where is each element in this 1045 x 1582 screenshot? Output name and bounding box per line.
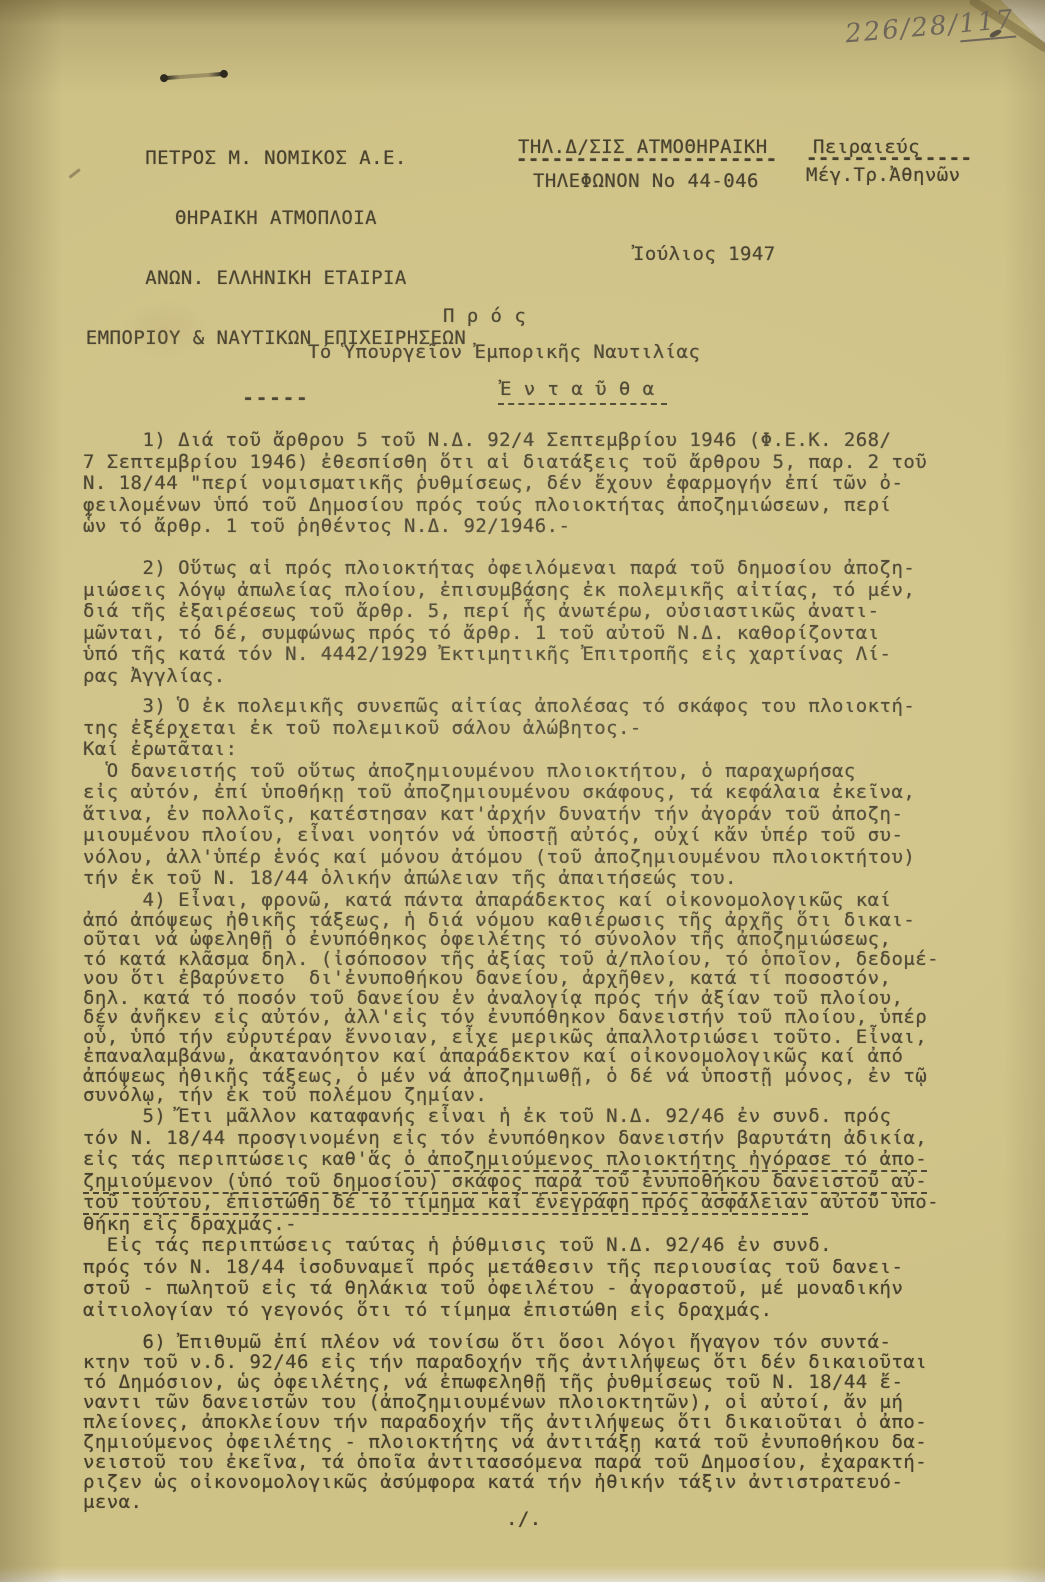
text-line: ζημιούμενος ὀφειλέτης - πλοιοκτήτης νά ἀ… [83, 1432, 993, 1452]
office-location: Μέγ.Τρ.Ἀθηνῶν [806, 164, 961, 186]
paragraph-4: 4) Εἶναι, φρονῶ, κατά πάντα ἀπαράδεκτος … [83, 891, 993, 1106]
ink-mark-small [69, 168, 81, 178]
text-segment: συνόλῳ, τήν ἐκ τοῦ πολέμου ζημίαν. [83, 1084, 487, 1106]
text-segment: τόν Ν. 18/44 προσγινομένη εἰς τόν ἐνυπόθ… [83, 1127, 927, 1149]
text-line: πλείονες, ἀποκλείουν τήν παραδοχήν τῆς ἀ… [83, 1412, 993, 1432]
letter-date: Ἰούλιος 1947 [633, 243, 776, 265]
text-segment: ριζεν ὡς οἰκονομολογικῶς ἀσύμφορα κατά τ… [83, 1471, 903, 1493]
handwritten-reference: 226/28/117 [844, 5, 1016, 50]
underlined-text-segment: ζημιούμενον (ὑπό τοῦ δημοσίου) σκάφος πα… [83, 1170, 927, 1194]
text-segment: της ἐξέρχεται ἐκ τοῦ πολεμικοῦ σάλου ἀλώ… [83, 717, 642, 739]
text-line: τό Δημόσιον, ὡς ὀφειλέτης, νά ἐπωφεληθῇ … [83, 1372, 993, 1392]
text-line: μιουμένου πλοίου, εἶναι νοητόν νά ὑποστῇ… [83, 825, 993, 847]
text-segment: κτην τοῦ ν.δ. 92/46 εἰς τήν παραδοχήν τῆ… [83, 1351, 927, 1373]
text-line: ἅτινα, ἐν πολλοῖς, κατέστησαν κατ'ἀρχήν … [83, 804, 993, 826]
text-line: ριζεν ὡς οἰκονομολογικῶς ἀσύμφορα κατά τ… [83, 1472, 993, 1492]
text-segment: ὧν τό ἄρθρ. 1 τοῦ ῥηθέντος Ν.Δ. 92/1946.… [83, 515, 570, 537]
text-line: 3) Ὁ ἐκ πολεμικῆς συνεπῶς αἰτίας ἀπολέσα… [83, 696, 993, 718]
text-line: τόν Ν. 18/44 προσγινομένη εἰς τόν ἐνυπόθ… [83, 1128, 993, 1150]
text-segment: στοῦ - πωλητοῦ εἰς τά θηλάκια τοῦ ὀφειλέ… [83, 1277, 903, 1299]
place-line: Ἐ ν τ α ῦ θ α [498, 378, 667, 400]
salutation: Π ρ ό ς [443, 305, 526, 327]
text-segment: πρός τόν Ν. 18/44 ἰσοδυναμεῖ πρός μετάθε… [83, 1256, 903, 1278]
company-name: ΠΕΤΡΟΣ Μ. ΝΟΜΙΚΟΣ Α.Ε. [80, 148, 472, 168]
paragraph-5: 5) Ἔτι μᾶλλον καταφανής εἶναι ἡ ἐκ τοῦ Ν… [83, 1106, 993, 1321]
text-line: Ὁ δανειστής τοῦ οὕτως ἀποζημιουμένου πλο… [83, 761, 993, 783]
text-line: νόλου, ἀλλ'ὑπέρ ἑνός καί μόνου ἀτόμου (τ… [83, 847, 993, 869]
text-line: συνόλῳ, τήν ἐκ τοῦ πολέμου ζημίαν. [83, 1086, 993, 1106]
underlined-text-segment: τοῦ τούτου, ἐπιστώθη δέ τό τίμημα καί ἐν… [83, 1191, 808, 1215]
text-segment: ζημιούμενος ὀφειλέτης - πλοιοκτήτης νά ἀ… [83, 1431, 927, 1453]
text-segment: ναντι τῶν δανειστῶν του (ἀποζημιουμένων … [83, 1391, 903, 1413]
telephone-label: ΤΗΛΕΦΩΝΟΝ Νο 44-046 [533, 170, 759, 192]
text-segment: φειλομένων ὑπό τοῦ Δημοσίου πρός τούς πλ… [83, 494, 891, 516]
text-segment: τήν ἐκ τοῦ Ν. 18/44 ὁλικήν ἀπώλειαν τῆς … [83, 867, 737, 889]
text-segment: εἰς τάς περιπτώσεις καθ'ἅς [83, 1148, 404, 1170]
text-line: της ἐξέρχεται ἐκ τοῦ πολεμικοῦ σάλου ἀλώ… [83, 718, 993, 740]
paragraph-3: 3) Ὁ ἐκ πολεμικῆς συνεπῶς αἰτίας ἀπολέσα… [83, 696, 993, 890]
text-segment: Ν. 18/44 "περί νομισματικῆς ῥυθμίσεως, δ… [83, 472, 903, 494]
text-segment: 3) Ὁ ἐκ πολεμικῆς συνεπῶς αἰτίας ἀπολέσα… [83, 695, 915, 717]
company-divider: ----- [80, 388, 472, 408]
text-line: φειλομένων ὑπό τοῦ Δημοσίου πρός τούς πλ… [83, 495, 993, 517]
text-segment: 7 Σεπτεμβρίου 1946) ἐθεσπίσθη ὅτι αἱ δια… [83, 451, 927, 473]
company-line-2: ΘΗΡΑΙΚΗ ΑΤΜΟΠΛΟΙΑ [80, 208, 472, 228]
text-segment: 5) Ἔτι μᾶλλον καταφανής εἶναι ἡ ἐκ τοῦ Ν… [83, 1105, 891, 1127]
letterhead-company-block: ΠΕΤΡΟΣ Μ. ΝΟΜΙΚΟΣ Α.Ε. ΘΗΡΑΙΚΗ ΑΤΜΟΠΛΟΙΑ… [80, 108, 472, 428]
text-line: Ν. 18/44 "περί νομισματικῆς ῥυθμίσεως, δ… [83, 473, 993, 495]
paragraph-1: 1) Διά τοῦ ἄρθρου 5 τοῦ Ν.Δ. 92/4 Σεπτεμ… [83, 430, 993, 538]
text-line: ζημιούμενον (ὑπό τοῦ δημοσίου) σκάφος πα… [83, 1171, 993, 1193]
text-line: 2) Οὕτως αἱ πρός πλοιοκτήτας ὀφειλόμεναι… [83, 558, 993, 580]
text-segment: τό Δημόσιον, ὡς ὀφειλέτης, νά ἐπωφεληθῇ … [83, 1371, 903, 1393]
handwritten-ref-part1: 226/28/ [844, 10, 960, 50]
text-line: 7 Σεπτεμβρίου 1946) ἐθεσπίσθη ὅτι αἱ δια… [83, 452, 993, 474]
text-line: τοῦ τούτου, ἐπιστώθη δέ τό τίμημα καί ἐν… [83, 1192, 993, 1214]
text-segment: μῶνται, τό δέ, συμφώνως πρός τό ἄρθρ. 1 … [83, 622, 880, 644]
text-segment: Καί ἐρωτᾶται: [83, 738, 238, 760]
paragraph-2: 2) Οὕτως αἱ πρός πλοιοκτήτας ὀφειλόμεναι… [83, 558, 993, 687]
text-line: Καί ἐρωτᾶται: [83, 739, 993, 761]
text-line: αἰτιολογίαν τό γεγονός ὅτι τό τίμημα ἐπι… [83, 1300, 993, 1322]
text-segment: 2) Οὕτως αἱ πρός πλοιοκτήτας ὀφειλόμεναι… [83, 557, 915, 579]
text-segment: μιουμένου πλοίου, εἶναι νοητόν νά ὑποστῇ… [83, 824, 903, 846]
text-segment: αἰτιολογίαν τό γεγονός ὅτι τό τίμημα ἐπι… [83, 1299, 773, 1321]
text-segment: Εἰς τάς περιπτώσεις ταύτας ἡ ῥύθμισις το… [83, 1234, 832, 1256]
text-line: μιώσεις λόγῳ ἀπωλείας πλοίου, ἐπισυμβάση… [83, 580, 993, 602]
recipient: Τό Ὑπουργεῖον Ἐμπορικῆς Ναυτιλίας [308, 341, 700, 363]
continuation-mark: ./. [506, 1508, 542, 1530]
text-line: εἰς αὐτόν, ἐπί ὑποθήκῃ τοῦ ἀποζημιουμένο… [83, 782, 993, 804]
text-segment: διά τῆς ἐξαιρέσεως τοῦ ἄρθρ. 5, περί ἧς … [83, 600, 880, 622]
handwritten-ref-part2: 117 [958, 5, 1016, 43]
text-segment: εἰς αὐτόν, ἐπί ὑποθήκῃ τοῦ ἀποζημιουμένο… [83, 781, 915, 803]
text-line: θήκη εἰς δραχμάς.- [83, 1214, 993, 1236]
text-line: διά τῆς ἐξαιρέσεως τοῦ ἄρθρ. 5, περί ἧς … [83, 601, 993, 623]
text-line: 6) Ἐπιθυμῶ ἐπί πλέον νά τονίσω ὅτι ὅσοι … [83, 1332, 993, 1352]
text-line: μῶνται, τό δέ, συμφώνως πρός τό ἄρθρ. 1 … [83, 623, 993, 645]
telegraph-divider: ---------------------- [516, 148, 778, 170]
text-line: ὑπό τῆς κατά τόν Ν. 4442/1929 Ἐκτιμητικῆ… [83, 644, 993, 666]
text-segment: ρας Ἀγγλίας. [83, 665, 226, 687]
text-line: τήν ἐκ τοῦ Ν. 18/44 ὁλικήν ἀπώλειαν τῆς … [83, 868, 993, 890]
text-line: πρός τόν Ν. 18/44 ἰσοδυναμεῖ πρός μετάθε… [83, 1257, 993, 1279]
ink-mark [162, 72, 226, 80]
text-segment: νόλου, ἀλλ'ὑπέρ ἑνός καί μόνου ἀτόμου (τ… [83, 846, 915, 868]
text-line: κτην τοῦ ν.δ. 92/46 εἰς τήν παραδοχήν τῆ… [83, 1352, 993, 1372]
company-line-3: ΑΝΩΝ. ΕΛΛΗΝΙΚΗ ΕΤΑΙΡΙΑ [80, 268, 472, 288]
paper-stain [120, 300, 210, 360]
text-segment: μιώσεις λόγῳ ἀπωλείας πλοίου, ἐπισυμβάση… [83, 579, 915, 601]
scanned-letter-page: { "annotations": { "handwritten_ref_part… [0, 0, 1045, 1582]
place-text: Ἐ ν τ α ῦ θ α [498, 378, 667, 405]
text-segment: αὐτοῦ ὑπο- [808, 1191, 939, 1213]
text-line: νειστοῦ του ἐκεῖνα, τά ὁποῖα ἀντιτασσόμε… [83, 1452, 993, 1472]
paragraph-6: 6) Ἐπιθυμῶ ἐπί πλέον νά τονίσω ὅτι ὅσοι … [83, 1332, 993, 1512]
text-line: 1) Διά τοῦ ἄρθρου 5 τοῦ Ν.Δ. 92/4 Σεπτεμ… [83, 430, 993, 452]
text-segment: 6) Ἐπιθυμῶ ἐπί πλέον νά τονίσω ὅτι ὅσοι … [83, 1331, 891, 1353]
text-segment: Ὁ δανειστής τοῦ οὕτως ἀποζημιουμένου πλο… [83, 760, 856, 782]
text-segment: ὑπό τῆς κατά τόν Ν. 4442/1929 Ἐκτιμητικῆ… [83, 643, 891, 665]
text-segment: 1) Διά τοῦ ἄρθρου 5 τοῦ Ν.Δ. 92/4 Σεπτεμ… [83, 429, 891, 451]
text-line: ρας Ἀγγλίας. [83, 666, 993, 688]
text-segment: πλείονες, ἀποκλείουν τήν παραδοχήν τῆς ἀ… [83, 1411, 927, 1433]
text-line: ὧν τό ἄρθρ. 1 τοῦ ῥηθέντος Ν.Δ. 92/1946.… [83, 516, 993, 538]
text-line: ναντι τῶν δανειστῶν του (ἀποζημιουμένων … [83, 1392, 993, 1412]
text-segment: μενα. [83, 1491, 142, 1513]
text-segment: νειστοῦ του ἐκεῖνα, τά ὁποῖα ἀντιτασσόμε… [83, 1451, 927, 1473]
text-line: Εἰς τάς περιπτώσεις ταύτας ἡ ῥύθμισις το… [83, 1235, 993, 1257]
text-line: 5) Ἔτι μᾶλλον καταφανής εἶναι ἡ ἐκ τοῦ Ν… [83, 1106, 993, 1128]
underlined-text-segment: ὁ ἀποζημιούμενος πλοιοκτήτης ἠγόρασε τό … [404, 1148, 927, 1172]
text-line: εἰς τάς περιπτώσεις καθ'ἅς ὁ ἀποζημιούμε… [83, 1149, 993, 1171]
paper-stain [700, 900, 860, 990]
text-line: στοῦ - πωλητοῦ εἰς τά θηλάκια τοῦ ὀφειλέ… [83, 1278, 993, 1300]
text-segment: θήκη εἰς δραχμάς.- [83, 1213, 297, 1235]
text-segment: ἅτινα, ἐν πολλοῖς, κατέστησαν κατ'ἀρχήν … [83, 803, 903, 825]
